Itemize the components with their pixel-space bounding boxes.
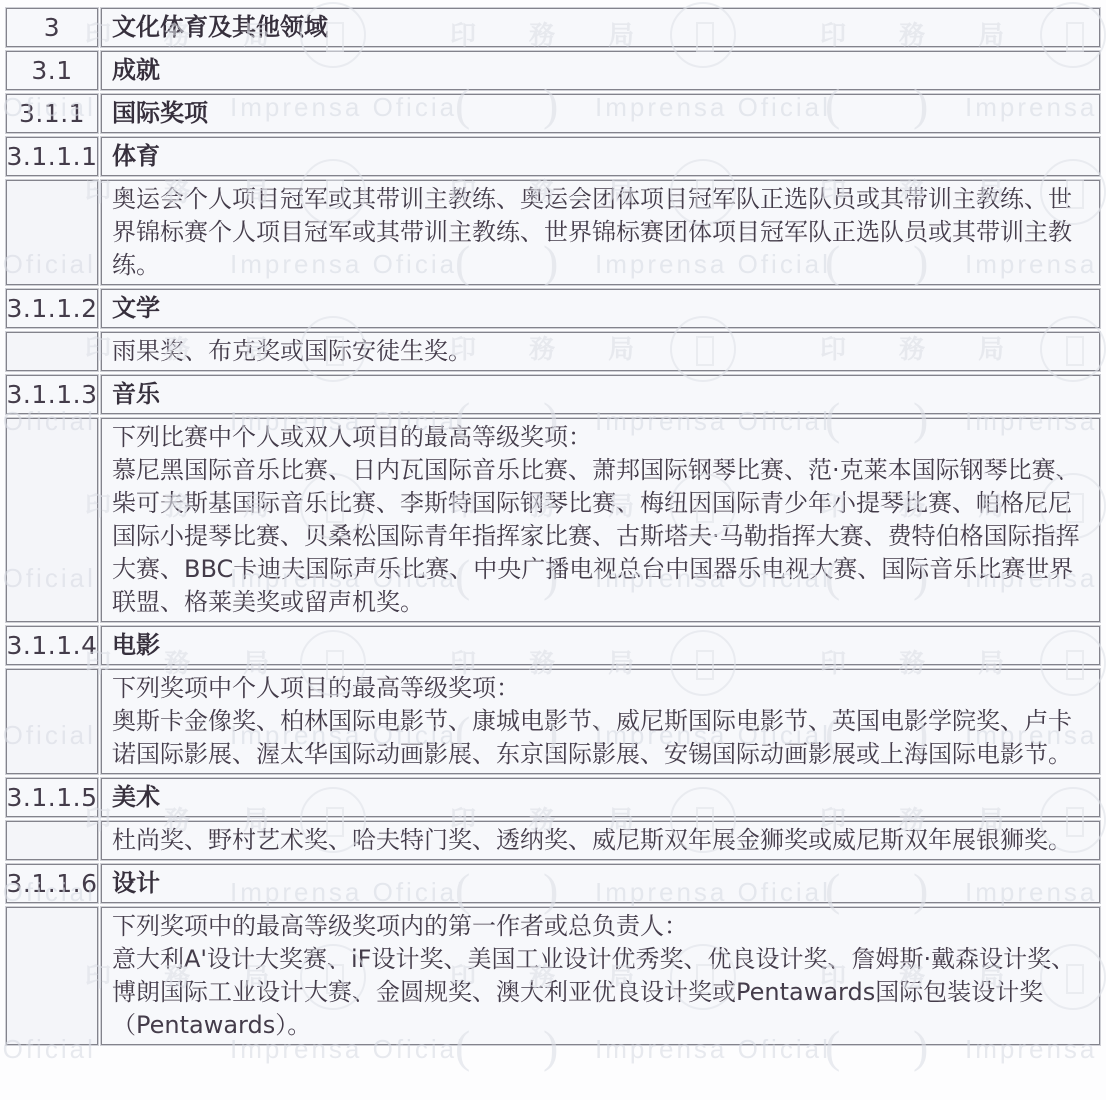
row-number-cell: [6, 669, 98, 774]
category-title-cell: 文化体育及其他领域: [101, 8, 1100, 47]
table-row-detail: 下列奖项中的最高等级奖项内的第一作者或总负责人：意大利A'设计大奖赛、iF设计奖…: [6, 907, 1100, 1045]
criteria-paragraph: 杜尚奖、野村艺术奖、哈夫特门奖、透纳奖、威尼斯双年展金狮奖或威尼斯双年展银狮奖。: [112, 824, 1089, 857]
criteria-paragraph: 下列奖项中个人项目的最高等级奖项：: [112, 672, 1089, 705]
table-row-heading: 3.1.1.3音乐: [6, 375, 1100, 414]
category-title: 国际奖项: [112, 97, 208, 130]
category-title: 电影: [112, 629, 160, 662]
criteria-paragraph: 下列比赛中个人或双人项目的最高等级奖项：: [112, 421, 1089, 454]
table-row-heading: 3文化体育及其他领域: [6, 8, 1100, 47]
gazette-page: 3文化体育及其他领域3.1成就3.1.1国际奖项3.1.1.1体育奥运会个人项目…: [0, 0, 1106, 1100]
row-number-cell: 3.1.1.3: [6, 375, 98, 414]
criteria-text-cell: 奥运会个人项目冠军或其带训主教练、奥运会团体项目冠军队正选队员或其带训主教练、世…: [101, 180, 1100, 285]
category-title-cell: 美术: [101, 778, 1100, 817]
criteria-paragraph: 雨果奖、布克奖或国际安徒生奖。: [112, 335, 1089, 368]
criteria-text-cell: 杜尚奖、野村艺术奖、哈夫特门奖、透纳奖、威尼斯双年展金狮奖或威尼斯双年展银狮奖。: [101, 821, 1100, 860]
category-title-cell: 电影: [101, 626, 1100, 665]
row-number-cell: [6, 332, 98, 371]
table-row-heading: 3.1成就: [6, 51, 1100, 90]
criteria-paragraph: 奥运会个人项目冠军或其带训主教练、奥运会团体项目冠军队正选队员或其带训主教练、世…: [112, 183, 1089, 282]
row-number-cell: 3.1.1: [6, 94, 98, 133]
row-number-cell: [6, 418, 98, 622]
criteria-text-cell: 下列奖项中的最高等级奖项内的第一作者或总负责人：意大利A'设计大奖赛、iF设计奖…: [101, 907, 1100, 1045]
category-title-cell: 成就: [101, 51, 1100, 90]
criteria-paragraph: 奥斯卡金像奖、柏林国际电影节、康城电影节、威尼斯国际电影节、英国电影学院奖、卢卡…: [112, 705, 1089, 771]
row-number-cell: 3.1.1.6: [6, 864, 98, 903]
table-row-detail: 奥运会个人项目冠军或其带训主教练、奥运会团体项目冠军队正选队员或其带训主教练、世…: [6, 180, 1100, 285]
row-number-cell: 3: [6, 8, 98, 47]
category-title: 文学: [112, 292, 160, 325]
category-title: 文化体育及其他领域: [112, 11, 328, 44]
category-title: 美术: [112, 781, 160, 814]
row-number-cell: [6, 821, 98, 860]
table-row-heading: 3.1.1.4电影: [6, 626, 1100, 665]
criteria-paragraph: 下列奖项中的最高等级奖项内的第一作者或总负责人：: [112, 910, 1089, 943]
row-number-cell: 3.1.1.5: [6, 778, 98, 817]
table-row-heading: 3.1.1.5美术: [6, 778, 1100, 817]
criteria-text-cell: 下列奖项中个人项目的最高等级奖项：奥斯卡金像奖、柏林国际电影节、康城电影节、威尼…: [101, 669, 1100, 774]
criteria-paragraph: 意大利A'设计大奖赛、iF设计奖、美国工业设计优秀奖、优良设计奖、詹姆斯·戴森设…: [112, 943, 1089, 1042]
category-title-cell: 国际奖项: [101, 94, 1100, 133]
row-number-cell: [6, 180, 98, 285]
row-number-cell: 3.1.1.2: [6, 289, 98, 328]
category-title-cell: 体育: [101, 137, 1100, 176]
category-title: 设计: [112, 867, 160, 900]
table-row-detail: 下列比赛中个人或双人项目的最高等级奖项：慕尼黑国际音乐比赛、日内瓦国际音乐比赛、…: [6, 418, 1100, 622]
row-number-cell: 3.1: [6, 51, 98, 90]
criteria-text-cell: 下列比赛中个人或双人项目的最高等级奖项：慕尼黑国际音乐比赛、日内瓦国际音乐比赛、…: [101, 418, 1100, 622]
category-title-cell: 设计: [101, 864, 1100, 903]
category-title: 音乐: [112, 378, 160, 411]
table-row-heading: 3.1.1.2文学: [6, 289, 1100, 328]
category-title-cell: 文学: [101, 289, 1100, 328]
criteria-text-cell: 雨果奖、布克奖或国际安徒生奖。: [101, 332, 1100, 371]
criteria-paragraph: 慕尼黑国际音乐比赛、日内瓦国际音乐比赛、萧邦国际钢琴比赛、范·克莱本国际钢琴比赛…: [112, 454, 1089, 619]
classification-table: 3文化体育及其他领域3.1成就3.1.1国际奖项3.1.1.1体育奥运会个人项目…: [6, 8, 1100, 1045]
category-title: 成就: [112, 54, 160, 87]
row-number-cell: 3.1.1.1: [6, 137, 98, 176]
table-row-detail: 雨果奖、布克奖或国际安徒生奖。: [6, 332, 1100, 371]
category-title: 体育: [112, 140, 160, 173]
table-row-heading: 3.1.1.6设计: [6, 864, 1100, 903]
row-number-cell: [6, 907, 98, 1045]
table-row-heading: 3.1.1国际奖项: [6, 94, 1100, 133]
table-row-detail: 杜尚奖、野村艺术奖、哈夫特门奖、透纳奖、威尼斯双年展金狮奖或威尼斯双年展银狮奖。: [6, 821, 1100, 860]
table-row-detail: 下列奖项中个人项目的最高等级奖项：奥斯卡金像奖、柏林国际电影节、康城电影节、威尼…: [6, 669, 1100, 774]
category-title-cell: 音乐: [101, 375, 1100, 414]
row-number-cell: 3.1.1.4: [6, 626, 98, 665]
table-row-heading: 3.1.1.1体育: [6, 137, 1100, 176]
